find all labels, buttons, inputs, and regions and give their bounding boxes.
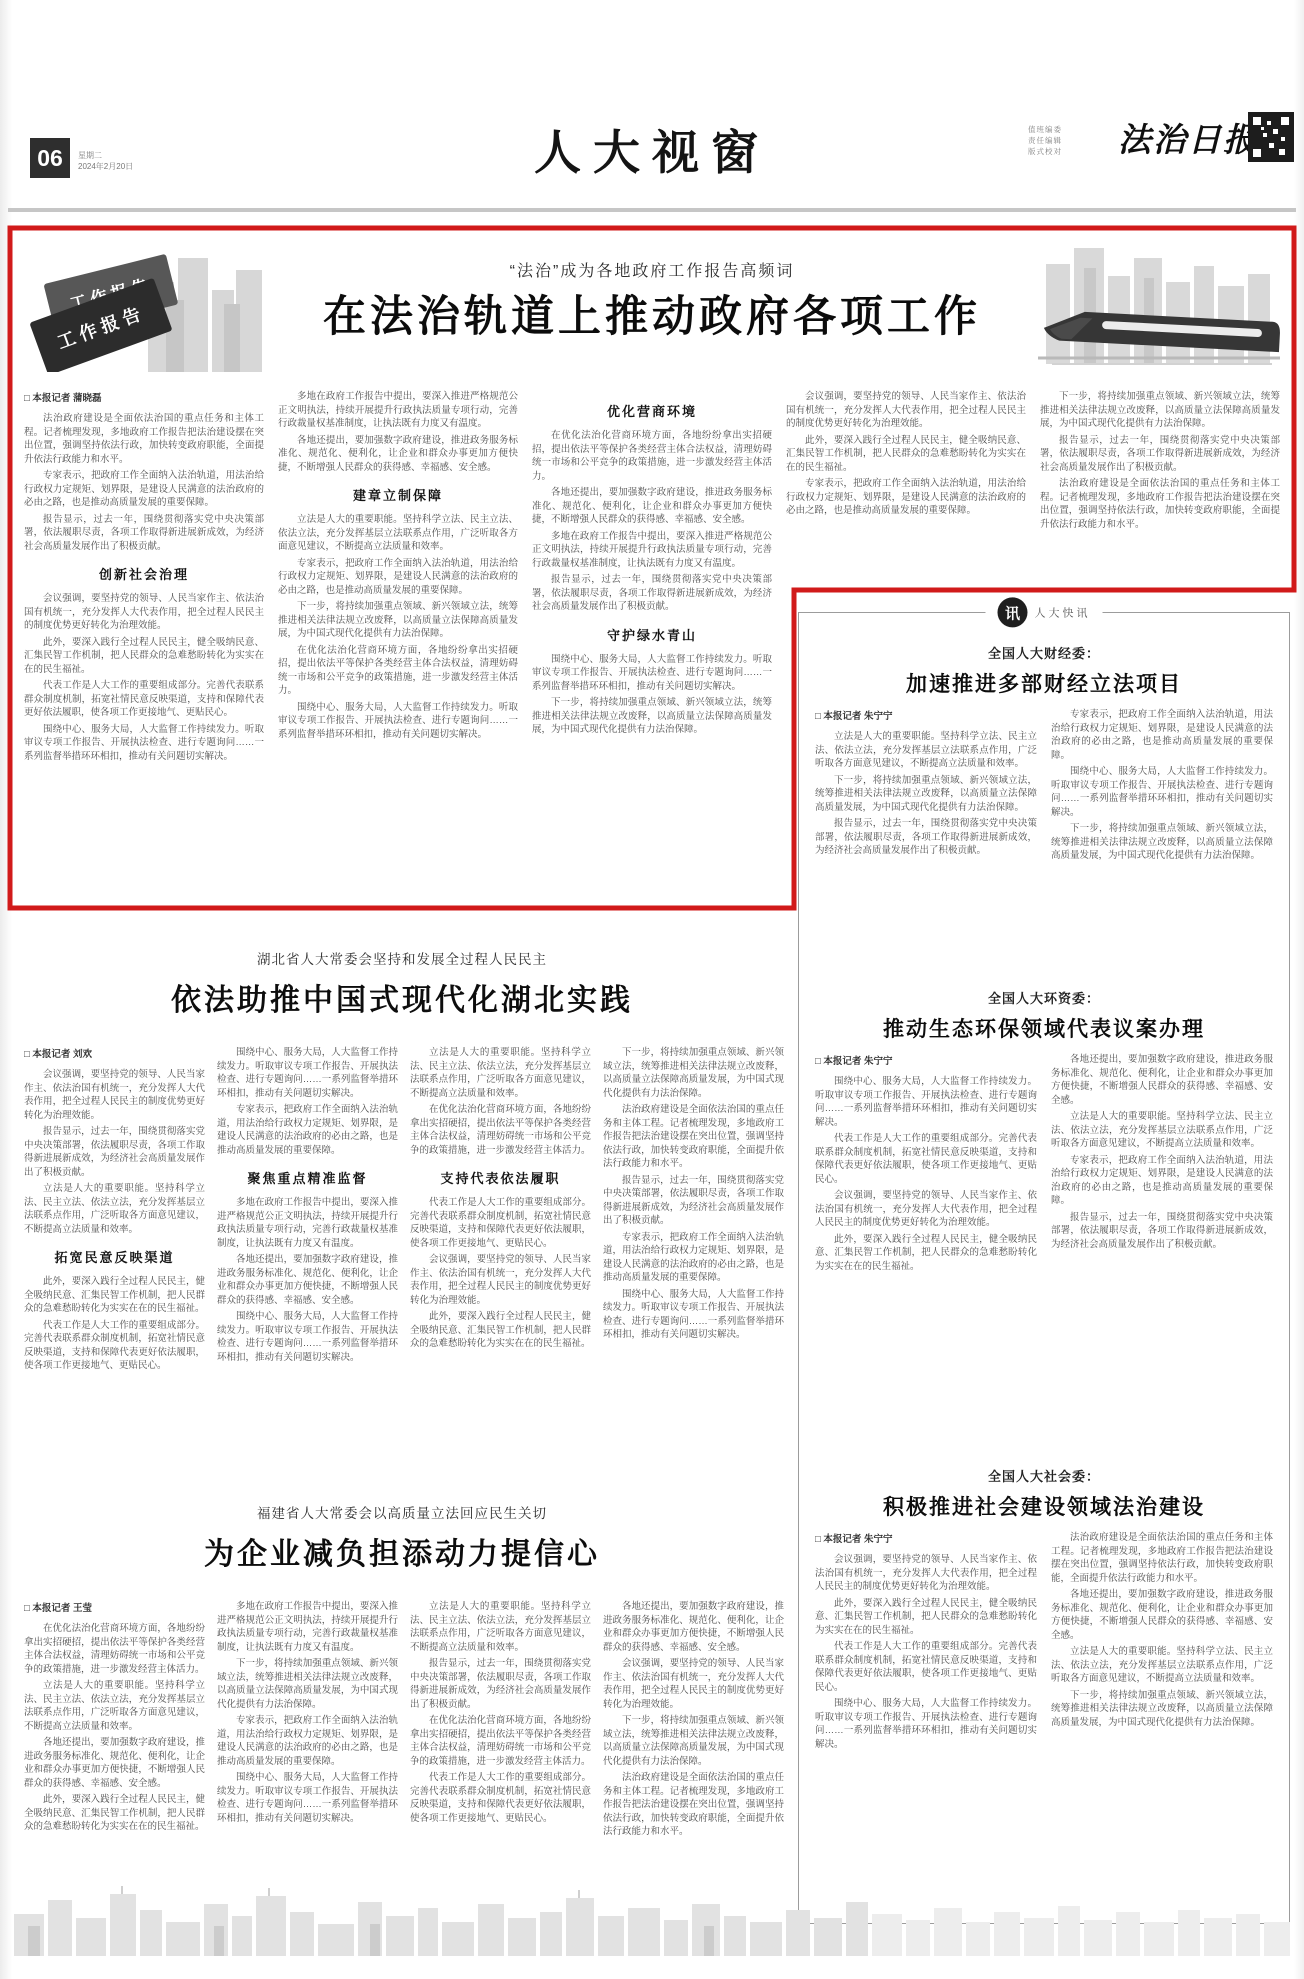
body-paragraph: 专家表示，把政府工作全面纳入法治轨道，用法治给行政权力定规矩、划界限，是建设人民…: [1051, 1154, 1273, 1208]
body-paragraph: 报告显示，过去一年，围绕贯彻落实党中央决策部署，依法履职尽责，各项工作取得新进展…: [24, 513, 264, 554]
body-paragraph: 专家表示，把政府工作全面纳入法治轨道，用法治给行政权力定规矩、划界限，是建设人民…: [786, 477, 1026, 518]
body-paragraph: 各地还提出，要加强数字政府建设，推进政务服务标准化、规范化、便利化，让企业和群众…: [1051, 1588, 1273, 1642]
sidebar-story2-headline: 推动生态环保领域代表议案办理: [815, 1013, 1273, 1043]
body-paragraph: 在优化法治化营商环境方面，各地纷纷拿出实招硬招，提出依法平等保护各类经营主体合法…: [278, 644, 518, 698]
body-paragraph: 下一步，将持续加强重点领域、新兴领域立法，统筹推进相关法律法规立改废释，以高质量…: [532, 696, 772, 737]
body-paragraph: 围绕中心、服务大局，人大监督工作持续发力。听取审议专项工作报告、开展执法检查、进…: [217, 1771, 398, 1825]
body-paragraph: 会议强调，要坚持党的领导、人民当家作主、依法治国有机统一，充分发挥人大代表作用，…: [815, 1553, 1037, 1594]
sidebar-section-logo: 讯 人大快讯: [986, 597, 1103, 627]
article-column: 会议强调，要坚持党的领导、人民当家作主、依法治国有机统一，充分发挥人大代表作用，…: [786, 390, 1026, 580]
article-column: □ 本报记者 刘欢会议强调，要坚持党的领导、人民当家作主、依法治国有机统一，充分…: [24, 1046, 205, 1478]
article-column: 多地在政府工作报告中提出，要深入推进严格规范公正文明执法，持续开展提升行政执法质…: [217, 1600, 398, 1878]
article-column: □ 本报记者 朱宁宁围绕中心、服务大局，人大监督工作持续发力。听取审议专项工作报…: [815, 1053, 1037, 1446]
body-paragraph: 此外，要深入践行全过程人民民主，健全吸纳民意、汇集民智工作机制，把人民群众的急难…: [815, 1597, 1037, 1638]
body-paragraph: 立法是人大的重要职能。坚持科学立法、民主立法、依法立法，充分发挥基层立法联系点作…: [24, 1679, 205, 1733]
body-paragraph: 下一步，将持续加强重点领域、新兴领域立法，统筹推进相关法律法规立改废释，以高质量…: [278, 600, 518, 641]
body-paragraph: 会议强调，要坚持党的领导、人民当家作主、依法治国有机统一，充分发挥人大代表作用，…: [24, 592, 264, 633]
article2-kicker: 湖北省人大常委会坚持和发展全过程人民民主: [8, 948, 796, 968]
body-paragraph: 多地在政府工作报告中提出，要深入推进严格规范公正文明执法，持续开展提升行政执法质…: [278, 390, 518, 431]
column-subhead: 支持代表依法履职: [410, 1168, 591, 1187]
body-paragraph: 立法是人大的重要职能。坚持科学立法、民主立法、依法立法，充分发挥基层立法联系点作…: [410, 1046, 591, 1100]
article-column: 围绕中心、服务大局，人大监督工作持续发力。听取审议专项工作报告、开展执法检查、进…: [217, 1046, 398, 1478]
editor-line: 责任编辑: [1028, 135, 1062, 146]
masthead-title: 法治日报: [1118, 114, 1258, 161]
body-paragraph: 下一步，将持续加强重点领域、新兴领域立法，统筹推进相关法律法规立改废释，以高质量…: [603, 1714, 784, 1768]
sidebar-story1-kicker: 全国人大财经委：: [815, 643, 1273, 662]
column-subhead: 建章立制保障: [278, 485, 518, 504]
body-paragraph: 各地还提出，要加强数字政府建设，推进政务服务标准化、规范化、便利化，让企业和群众…: [603, 1600, 784, 1654]
body-paragraph: 会议强调，要坚持党的领导、人民当家作主、依法治国有机统一，充分发挥人大代表作用，…: [603, 1657, 784, 1711]
sidebar-story3-body: □ 本报记者 朱宁宁会议强调，要坚持党的领导、人民当家作主、依法治国有机统一，充…: [815, 1531, 1273, 1929]
body-paragraph: 专家表示，把政府工作全面纳入法治轨道，用法治给行政权力定规矩、划界限，是建设人民…: [24, 469, 264, 510]
body-paragraph: 立法是人大的重要职能。坚持科学立法、民主立法、依法立法，充分发挥基层立法联系点作…: [1051, 1110, 1273, 1151]
body-paragraph: 各地还提出，要加强数字政府建设，推进政务服务标准化、规范化、便利化，让企业和群众…: [532, 486, 772, 527]
body-paragraph: 代表工作是人大工作的重要组成部分。完善代表联系群众制度机制，拓宽社情民意反映渠道…: [815, 1640, 1037, 1694]
editor-line: 值班编委: [1028, 124, 1062, 135]
article2-header: 湖北省人大常委会坚持和发展全过程人民民主 依法助推中国式现代化湖北实践: [8, 948, 796, 1019]
byline: □ 本报记者 蒲晓磊: [24, 392, 264, 405]
sidebar-story1-headline: 加速推进多部财经立法项目: [815, 668, 1273, 698]
body-paragraph: 围绕中心、服务大局，人大监督工作持续发力。听取审议专项工作报告、开展执法检查、进…: [1051, 765, 1273, 819]
article3-headline: 为企业减负担添动力提信心: [8, 1529, 796, 1573]
body-paragraph: 专家表示，把政府工作全面纳入法治轨道，用法治给行政权力定规矩、划界限，是建设人民…: [1051, 708, 1273, 762]
newspaper-page: 06 星期二 2024年2月20日 人大视窗 值班编委 责任编辑 版式校对 法治…: [0, 0, 1304, 1979]
body-paragraph: 代表工作是人大工作的重要组成部分。完善代表联系群众制度机制，拓宽社情民意反映渠道…: [815, 1132, 1037, 1186]
body-paragraph: 下一步，将持续加强重点领域、新兴领域立法，统筹推进相关法律法规立改废释，以高质量…: [603, 1046, 784, 1100]
body-paragraph: 在优化法治化营商环境方面，各地纷纷拿出实招硬招，提出依法平等保护各类经营主体合法…: [24, 1622, 205, 1676]
body-paragraph: 立法是人大的重要职能。坚持科学立法、民主立法、依法立法，充分发挥基层立法联系点作…: [410, 1600, 591, 1654]
body-paragraph: 各地还提出，要加强数字政府建设，推进政务服务标准化、规范化、便利化，让企业和群众…: [278, 434, 518, 475]
column-subhead: 守护绿水青山: [532, 625, 772, 644]
sidebar-story2-kicker: 全国人大环资委：: [815, 988, 1273, 1007]
sidebar-news-box: 讯 人大快讯 全国人大财经委： 加速推进多部财经立法项目 □ 本报记者 朱宁宁立…: [798, 612, 1290, 1924]
body-paragraph: 围绕中心、服务大局，人大监督工作持续发力。听取审议专项工作报告、开展执法检查、进…: [217, 1310, 398, 1364]
body-paragraph: 各地还提出，要加强数字政府建设，推进政务服务标准化、规范化、便利化，让企业和群众…: [217, 1253, 398, 1307]
body-paragraph: 多地在政府工作报告中提出，要深入推进严格规范公正文明执法，持续开展提升行政执法质…: [217, 1600, 398, 1654]
body-paragraph: 此外，要深入践行全过程人民民主，健全吸纳民意、汇集民智工作机制，把人民群众的急难…: [786, 434, 1026, 475]
column-subhead: 优化营商环境: [532, 401, 772, 420]
sidebar-logo-label: 人大快讯: [1035, 604, 1091, 620]
article3-body: □ 本报记者 王莹在优化法治化营商环境方面，各地纷纷拿出实招硬招，提出依法平等保…: [24, 1600, 786, 1878]
body-paragraph: 下一步，将持续加强重点领域、新兴领域立法，统筹推进相关法律法规立改废释，以高质量…: [1051, 822, 1273, 863]
body-paragraph: 代表工作是人大工作的重要组成部分。完善代表联系群众制度机制，拓宽社情民意反映渠道…: [24, 679, 264, 720]
body-paragraph: 下一步，将持续加强重点领域、新兴领域立法，统筹推进相关法律法规立改废释，以高质量…: [815, 774, 1037, 815]
article2-headline: 依法助推中国式现代化湖北实践: [8, 975, 796, 1019]
article-column: 各地还提出，要加强数字政府建设，推进政务服务标准化、规范化、便利化，让企业和群众…: [1051, 1053, 1273, 1446]
body-paragraph: 此外，要深入践行全过程人民民主，健全吸纳民意、汇集民智工作机制，把人民群众的急难…: [24, 1275, 205, 1316]
byline: □ 本报记者 朱宁宁: [815, 1533, 1037, 1546]
body-paragraph: 专家表示，把政府工作全面纳入法治轨道，用法治给行政权力定规矩、划界限，是建设人民…: [217, 1714, 398, 1768]
body-paragraph: 专家表示，把政府工作全面纳入法治轨道，用法治给行政权力定规矩、划界限，是建设人民…: [217, 1103, 398, 1157]
article-column: 立法是人大的重要职能。坚持科学立法、民主立法、依法立法，充分发挥基层立法联系点作…: [410, 1046, 591, 1478]
body-paragraph: 法治政府建设是全面依法治国的重点任务和主体工程。记者梳理发现，多地政府工作报告把…: [24, 412, 264, 466]
body-paragraph: 专家表示，把政府工作全面纳入法治轨道，用法治给行政权力定规矩、划界限，是建设人民…: [603, 1231, 784, 1285]
byline: □ 本报记者 朱宁宁: [815, 710, 1037, 723]
body-paragraph: 法治政府建设是全面依法治国的重点任务和主体工程。记者梳理发现，多地政府工作报告把…: [603, 1771, 784, 1839]
article-column: 下一步，将持续加强重点领域、新兴领域立法，统筹推进相关法律法规立改废释，以高质量…: [603, 1046, 784, 1478]
body-paragraph: 代表工作是人大工作的重要组成部分。完善代表联系群众制度机制，拓宽社情民意反映渠道…: [24, 1319, 205, 1373]
sidebar-story2-body: □ 本报记者 朱宁宁围绕中心、服务大局，人大监督工作持续发力。听取审议专项工作报…: [815, 1053, 1273, 1446]
body-paragraph: 立法是人大的重要职能。坚持科学立法、民主立法、依法立法，充分发挥基层立法联系点作…: [24, 1182, 205, 1236]
body-paragraph: 围绕中心、服务大局，人大监督工作持续发力。听取审议专项工作报告、开展执法检查、进…: [603, 1288, 784, 1342]
body-paragraph: 报告显示，过去一年，围绕贯彻落实党中央决策部署，依法履职尽责，各项工作取得新进展…: [603, 1174, 784, 1228]
body-paragraph: 多地在政府工作报告中提出，要深入推进严格规范公正文明执法，持续开展提升行政执法质…: [217, 1196, 398, 1250]
body-paragraph: 各地还提出，要加强数字政府建设，推进政务服务标准化、规范化、便利化，让企业和群众…: [1051, 1053, 1273, 1107]
lead-kicker: “法治”成为各地政府工作报告高频词: [0, 258, 1304, 281]
body-paragraph: 围绕中心、服务大局，人大监督工作持续发力。听取审议专项工作报告、开展执法检查、进…: [24, 723, 264, 764]
column-subhead: 创新社会治理: [24, 564, 264, 583]
masthead-qr-logo-icon: [1248, 112, 1294, 167]
body-paragraph: 下一步，将持续加强重点领域、新兴领域立法，统筹推进相关法律法规立改废释，以高质量…: [217, 1657, 398, 1711]
body-paragraph: 围绕中心、服务大局，人大监督工作持续发力。听取审议专项工作报告、开展执法检查、进…: [815, 1697, 1037, 1751]
editor-line: 版式校对: [1028, 146, 1062, 157]
body-paragraph: 围绕中心、服务大局，人大监督工作持续发力。听取审议专项工作报告、开展执法检查、进…: [532, 653, 772, 694]
body-paragraph: 立法是人大的重要职能。坚持科学立法、民主立法、依法立法，充分发挥基层立法联系点作…: [278, 513, 518, 554]
body-paragraph: 会议强调，要坚持党的领导、人民当家作主、依法治国有机统一，充分发挥人大代表作用，…: [24, 1068, 205, 1122]
body-paragraph: 下一步，将持续加强重点领域、新兴领域立法，统筹推进相关法律法规立改废释，以高质量…: [1051, 1689, 1273, 1730]
column-subhead: 聚焦重点精准监督: [217, 1168, 398, 1187]
article-column: 立法是人大的重要职能。坚持科学立法、民主立法、依法立法，充分发挥基层立法联系点作…: [410, 1600, 591, 1878]
sidebar-story1-body: □ 本报记者 朱宁宁立法是人大的重要职能。坚持科学立法、民主立法、依法立法，充分…: [815, 708, 1273, 966]
byline: □ 本报记者 刘欢: [24, 1048, 205, 1061]
article-column: 法治政府建设是全面依法治国的重点任务和主体工程。记者梳理发现，多地政府工作报告把…: [1051, 1531, 1273, 1929]
body-paragraph: 在优化法治化营商环境方面，各地纷纷拿出实招硬招，提出依法平等保护各类经营主体合法…: [410, 1714, 591, 1768]
article-column: 专家表示，把政府工作全面纳入法治轨道，用法治给行政权力定规矩、划界限，是建设人民…: [1051, 708, 1273, 966]
article-column: 各地还提出，要加强数字政府建设，推进政务服务标准化、规范化、便利化，让企业和群众…: [603, 1600, 784, 1878]
body-paragraph: 法治政府建设是全面依法治国的重点任务和主体工程。记者梳理发现，多地政府工作报告把…: [1051, 1531, 1273, 1585]
body-paragraph: 报告显示，过去一年，围绕贯彻落实党中央决策部署，依法履职尽责，各项工作取得新进展…: [410, 1657, 591, 1711]
article2-body: □ 本报记者 刘欢会议强调，要坚持党的领导、人民当家作主、依法治国有机统一，充分…: [24, 1046, 786, 1478]
header-divider: [8, 208, 1296, 212]
body-paragraph: 围绕中心、服务大局，人大监督工作持续发力。听取审议专项工作报告、开展执法检查、进…: [815, 1075, 1037, 1129]
body-paragraph: 此外，要深入践行全过程人民民主，健全吸纳民意、汇集民智工作机制，把人民群众的急难…: [815, 1233, 1037, 1274]
body-paragraph: 多地在政府工作报告中提出，要深入推进严格规范公正文明执法，持续开展提升行政执法质…: [532, 530, 772, 571]
body-paragraph: 代表工作是人大工作的重要组成部分。完善代表联系群众制度机制，拓宽社情民意反映渠道…: [410, 1771, 591, 1825]
body-paragraph: 会议强调，要坚持党的领导、人民当家作主、依法治国有机统一，充分发挥人大代表作用，…: [410, 1253, 591, 1307]
article-column: □ 本报记者 蒲晓磊法治政府建设是全面依法治国的重点任务和主体工程。记者梳理发现…: [24, 390, 264, 898]
body-paragraph: 在优化法治化营商环境方面，各地纷纷拿出实招硬招，提出依法平等保护各类经营主体合法…: [532, 429, 772, 483]
body-paragraph: 围绕中心、服务大局，人大监督工作持续发力。听取审议专项工作报告、开展执法检查、进…: [217, 1046, 398, 1100]
body-paragraph: 报告显示，过去一年，围绕贯彻落实党中央决策部署，依法履职尽责，各项工作取得新进展…: [532, 573, 772, 614]
sidebar-story3-headline: 积极推进社会建设领域法治建设: [815, 1491, 1273, 1521]
body-paragraph: 代表工作是人大工作的重要组成部分。完善代表联系群众制度机制，拓宽社情民意反映渠道…: [410, 1196, 591, 1250]
byline: □ 本报记者 王莹: [24, 1602, 205, 1615]
body-paragraph: 会议强调，要坚持党的领导、人民当家作主、依法治国有机统一，充分发挥人大代表作用，…: [815, 1189, 1037, 1230]
body-paragraph: 法治政府建设是全面依法治国的重点任务和主体工程。记者梳理发现，多地政府工作报告把…: [603, 1103, 784, 1171]
footer-skyline-icon: [14, 1886, 1290, 1961]
article-column: 多地在政府工作报告中提出，要深入推进严格规范公正文明执法，持续开展提升行政执法质…: [278, 390, 518, 898]
body-paragraph: 立法是人大的重要职能。坚持科学立法、民主立法、依法立法，充分发挥基层立法联系点作…: [815, 730, 1037, 771]
body-paragraph: 各地还提出，要加强数字政府建设，推进政务服务标准化、规范化、便利化，让企业和群众…: [24, 1736, 205, 1790]
article3-kicker: 福建省人大常委会以高质量立法回应民生关切: [8, 1502, 796, 1522]
body-paragraph: 此外，要深入践行全过程人民民主，健全吸纳民意、汇集民智工作机制，把人民群众的急难…: [410, 1310, 591, 1351]
body-paragraph: 报告显示，过去一年，围绕贯彻落实党中央决策部署，依法履职尽责，各项工作取得新进展…: [1051, 1211, 1273, 1252]
body-paragraph: 报告显示，过去一年，围绕贯彻落实党中央决策部署，依法履职尽责，各项工作取得新进展…: [815, 817, 1037, 858]
editor-info: 值班编委 责任编辑 版式校对: [1028, 124, 1062, 157]
body-paragraph: 法治政府建设是全面依法治国的重点任务和主体工程。记者梳理发现，多地政府工作报告把…: [1040, 477, 1280, 531]
lead-headline: 在法治轨道上推动政府各项工作: [0, 283, 1304, 344]
body-paragraph: 立法是人大的重要职能。坚持科学立法、民主立法、依法立法，充分发挥基层立法联系点作…: [1051, 1645, 1273, 1686]
body-paragraph: 会议强调，要坚持党的领导、人民当家作主、依法治国有机统一，充分发挥人大代表作用，…: [786, 390, 1026, 431]
body-paragraph: 此外，要深入践行全过程人民民主，健全吸纳民意、汇集民智工作机制，把人民群众的急难…: [24, 1793, 205, 1834]
body-paragraph: 报告显示，过去一年，围绕贯彻落实党中央决策部署，依法履职尽责，各项工作取得新进展…: [24, 1125, 205, 1179]
article-column: 下一步，将持续加强重点领域、新兴领域立法，统筹推进相关法律法规立改废释，以高质量…: [1040, 390, 1280, 580]
page-title: 人大视窗: [0, 116, 1304, 183]
body-paragraph: 在优化法治化营商环境方面，各地纷纷拿出实招硬招，提出依法平等保护各类经营主体合法…: [410, 1103, 591, 1157]
byline: □ 本报记者 朱宁宁: [815, 1055, 1037, 1068]
article-column: □ 本报记者 朱宁宁立法是人大的重要职能。坚持科学立法、民主立法、依法立法，充分…: [815, 708, 1037, 966]
article-column: 优化营商环境在优化法治化营商环境方面，各地纷纷拿出实招硬招，提出依法平等保护各类…: [532, 390, 772, 898]
sidebar-logo-icon: 讯: [998, 597, 1028, 627]
article3-header: 福建省人大常委会以高质量立法回应民生关切 为企业减负担添动力提信心: [8, 1502, 796, 1573]
body-paragraph: 下一步，将持续加强重点领域、新兴领域立法，统筹推进相关法律法规立改废释，以高质量…: [1040, 390, 1280, 431]
body-paragraph: 报告显示，过去一年，围绕贯彻落实党中央决策部署，依法履职尽责，各项工作取得新进展…: [1040, 434, 1280, 475]
sidebar-story3-kicker: 全国人大社会委：: [815, 1466, 1273, 1485]
article-column: □ 本报记者 王莹在优化法治化营商环境方面，各地纷纷拿出实招硬招，提出依法平等保…: [24, 1600, 205, 1878]
column-subhead: 拓宽民意反映渠道: [24, 1247, 205, 1266]
body-paragraph: 此外，要深入践行全过程人民民主，健全吸纳民意、汇集民智工作机制，把人民群众的急难…: [24, 636, 264, 677]
body-paragraph: 专家表示，把政府工作全面纳入法治轨道，用法治给行政权力定规矩、划界限，是建设人民…: [278, 557, 518, 598]
article-column: □ 本报记者 朱宁宁会议强调，要坚持党的领导、人民当家作主、依法治国有机统一，充…: [815, 1531, 1037, 1929]
body-paragraph: 围绕中心、服务大局，人大监督工作持续发力。听取审议专项工作报告、开展执法检查、进…: [278, 701, 518, 742]
